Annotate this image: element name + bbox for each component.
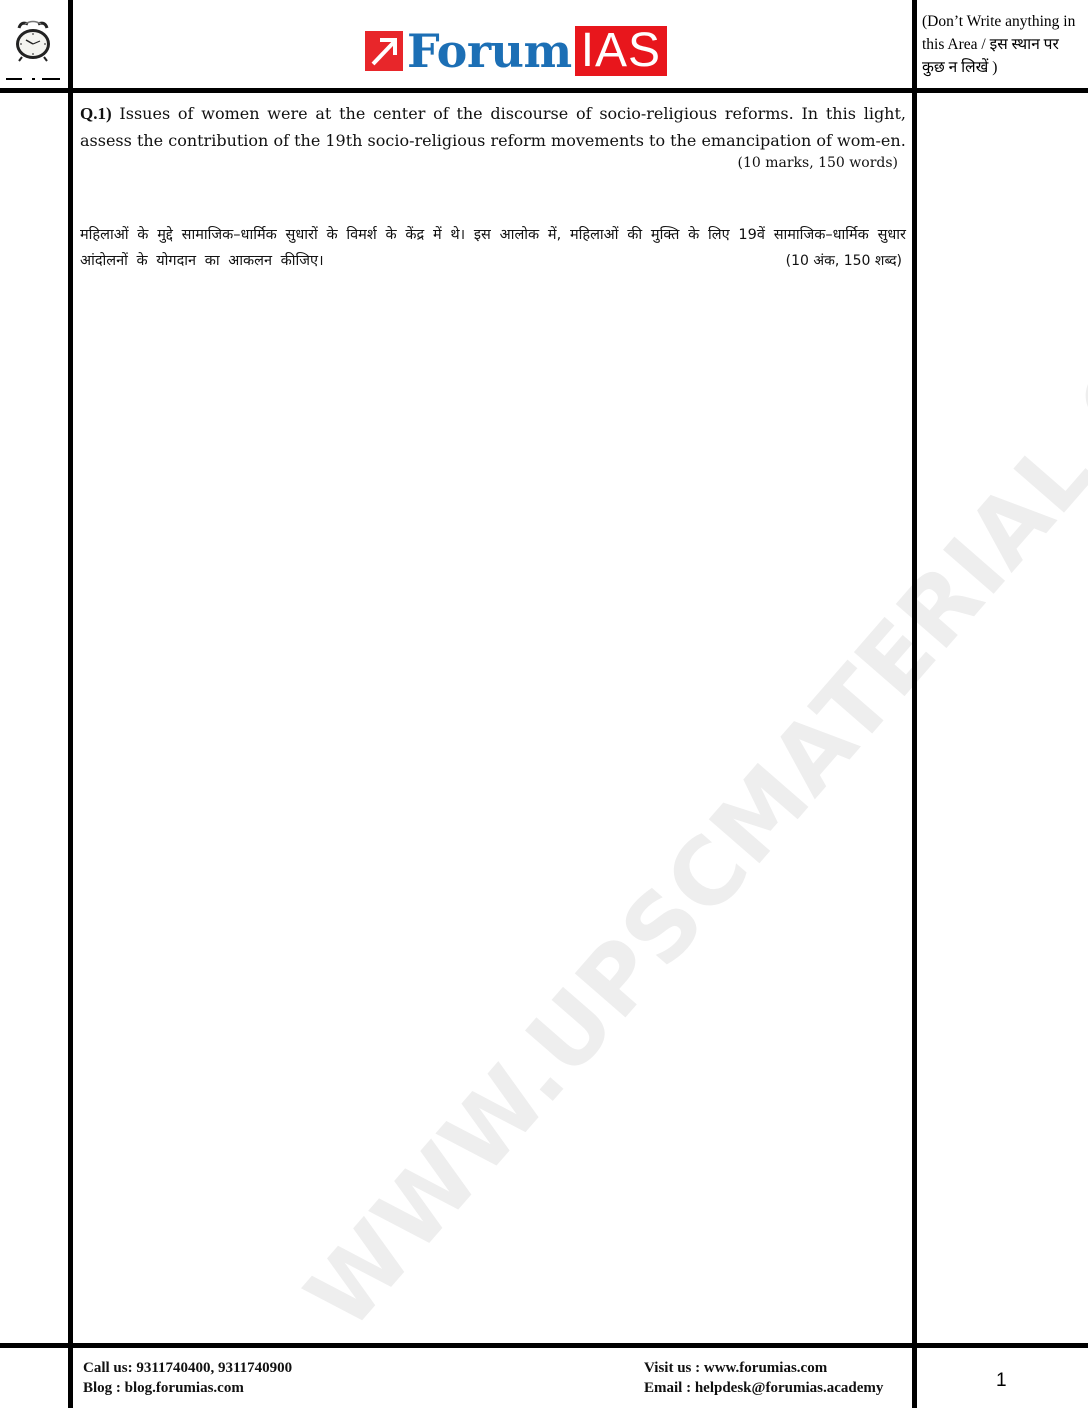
forumias-logo: Forum IAS <box>365 26 667 76</box>
question-number: Q.1) <box>80 104 112 123</box>
arrow-icon <box>365 31 403 71</box>
footer-contact-left: Call us: 9311740400, 9311740900 Blog : b… <box>83 1358 292 1398</box>
marks-english: (10 marks, 150 words) <box>80 155 898 171</box>
footer-call: Call us: 9311740400, 9311740900 <box>83 1358 292 1378</box>
logo-text-ias: IAS <box>575 26 667 76</box>
left-margin-line <box>68 0 73 1408</box>
page-number: 1 <box>996 1370 1007 1392</box>
question-body-english: Issues of women were at the center of th… <box>80 104 906 150</box>
do-not-write-note: (Don’t Write anything in this Area / इस … <box>922 10 1084 79</box>
logo-text-forum: Forum <box>407 26 572 76</box>
footer-contact-right: Visit us : www.forumias.com Email : help… <box>644 1358 883 1398</box>
dash-dot-mark <box>6 78 62 82</box>
marks-hindi: (10 अंक, 150 शब्द) <box>80 248 902 274</box>
footer-blog: Blog : blog.forumias.com <box>83 1378 292 1398</box>
footer-visit: Visit us : www.forumias.com <box>644 1358 883 1378</box>
footer-email: Email : helpdesk@forumias.academy <box>644 1378 883 1398</box>
answer-sheet-page: WWW.UPSCMATERIAL.ONLINE Forum IAS (Don <box>0 0 1088 1408</box>
right-margin-line <box>912 0 917 1408</box>
footer-divider-line <box>0 1343 1088 1348</box>
alarm-clock-icon <box>13 18 53 62</box>
question-text-english: Q.1) Issues of women were at the center … <box>80 100 906 154</box>
header-divider-line <box>0 88 1088 93</box>
answer-writing-area[interactable] <box>78 290 908 1338</box>
